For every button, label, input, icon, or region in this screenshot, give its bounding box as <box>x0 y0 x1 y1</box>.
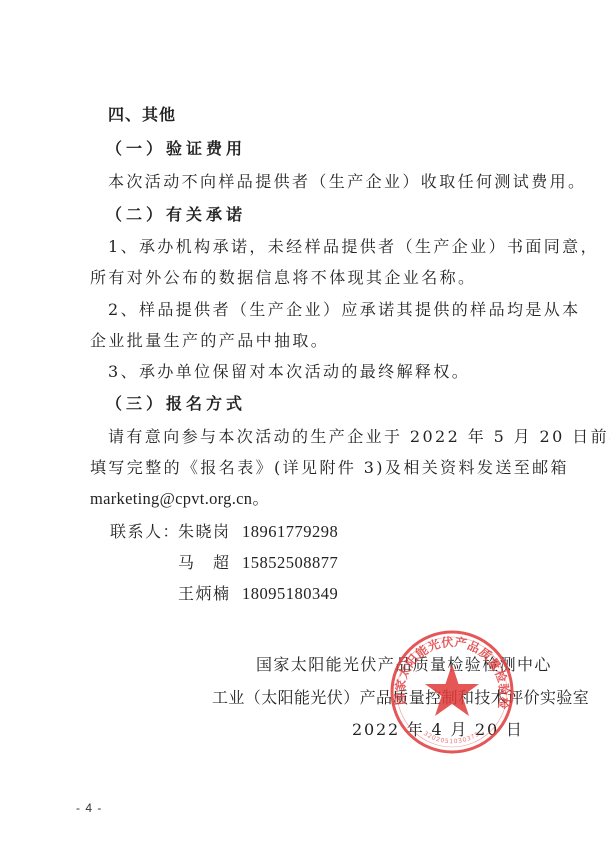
official-seal-icon: 国家太阳能光伏产品质量检验检测中心 3202051030375 <box>388 628 516 756</box>
contact-name-3: 王炳楠 <box>178 584 231 604</box>
paragraph-commitment-2a: 2、样品提供者（生产企业）应承诺其提供的样品均是从本 <box>108 300 581 320</box>
contact-phone-1: 18961779298 <box>242 522 338 542</box>
contact-name-1: 朱晓岗 <box>178 522 231 542</box>
subsection-title-commitment: （二）有关承诺 <box>106 205 246 225</box>
contact-phone-2: 15852508877 <box>242 553 338 573</box>
subsection-title-fee: （一）验证费用 <box>106 139 246 159</box>
email-link[interactable]: marketing@cpvt.org.cn。 <box>90 489 269 509</box>
paragraph-commitment-3: 3、承办单位保留对本次活动的最终解释权。 <box>108 362 470 382</box>
contact-label: 联系人： <box>110 522 180 542</box>
paragraph-commitment-1b: 所有对外公布的数据信息将不体现其企业名称。 <box>90 268 476 288</box>
paragraph-registration-b: 填写完整的《报名表》(详见附件 3)及相关资料发送至邮箱 <box>90 458 569 478</box>
paragraph-fee: 本次活动不向样品提供者（生产企业）收取任何测试费用。 <box>108 172 586 192</box>
page-number: - 4 - <box>76 801 102 815</box>
contact-phone-3: 18095180349 <box>242 584 338 604</box>
section-title: 四、其他 <box>108 105 176 125</box>
subsection-title-registration: （三）报名方式 <box>106 394 246 414</box>
paragraph-commitment-2b: 企业批量生产的产品中抽取。 <box>90 331 329 351</box>
contact-name-2: 马 超 <box>178 553 231 573</box>
paragraph-commitment-1a: 1、承办机构承诺，未经样品提供者（生产企业）书面同意， <box>108 237 599 257</box>
paragraph-registration-a: 请有意向参与本次活动的生产企业于 2022 年 5 月 20 日前将 <box>108 427 610 447</box>
